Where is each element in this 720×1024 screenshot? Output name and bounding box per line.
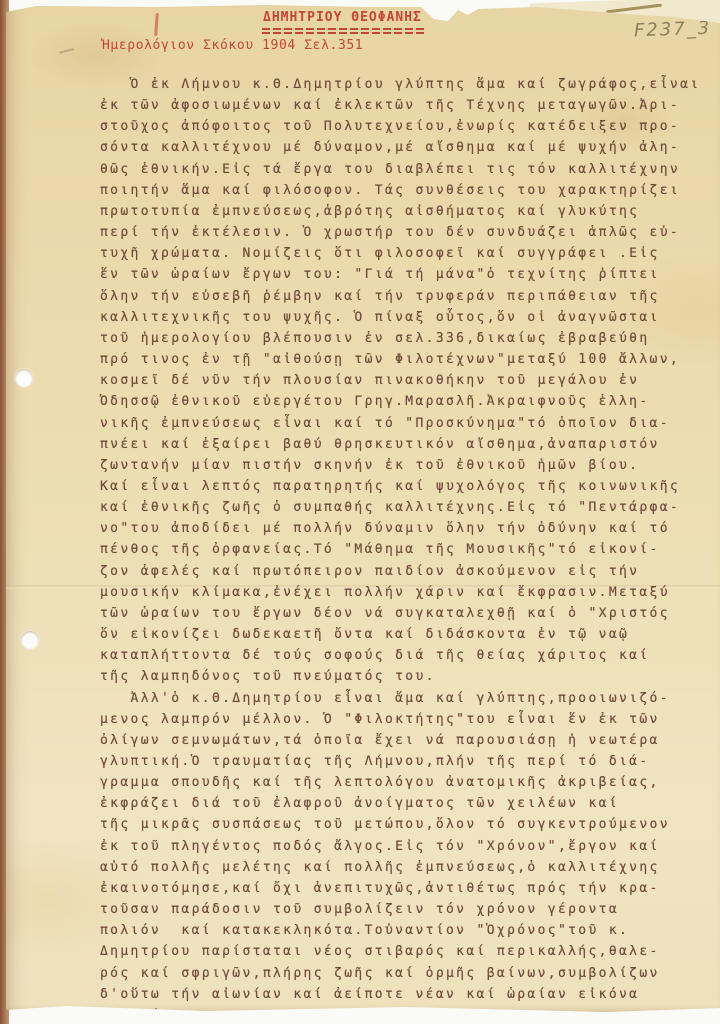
pencil-scribble [57, 38, 74, 53]
underline-dash-row [262, 32, 427, 34]
underline-dash-row [262, 28, 427, 30]
document-title: ΔΗΜΗΤΡΙΟΥ ΘΕΟΦΑΝΗΣ [263, 10, 422, 25]
typewritten-page: ΔΗΜΗΤΡΙΟΥ ΘΕΟΦΑΝΗΣ Ἡμερολόγιον Σκόκου 19… [6, 0, 720, 1014]
title-underline [262, 28, 427, 35]
hole-punch-top [15, 369, 33, 387]
hole-punch-bottom [21, 631, 39, 649]
typewritten-body-text: Ὁ ἐκ Λήμνου κ.Θ.Δημητρίου γλύπτης ἅμα κα… [100, 74, 710, 1024]
document-subtitle: Ἡμερολόγιον Σκόκου 1904 Σελ.351 [102, 38, 363, 53]
scanned-page-background: ΔΗΜΗΤΡΙΟΥ ΘΕΟΦΑΝΗΣ Ἡμερολόγιον Σκόκου 19… [0, 0, 720, 1024]
handwritten-archive-code: F237_3 [633, 18, 711, 42]
red-pencil-mark [154, 13, 159, 36]
